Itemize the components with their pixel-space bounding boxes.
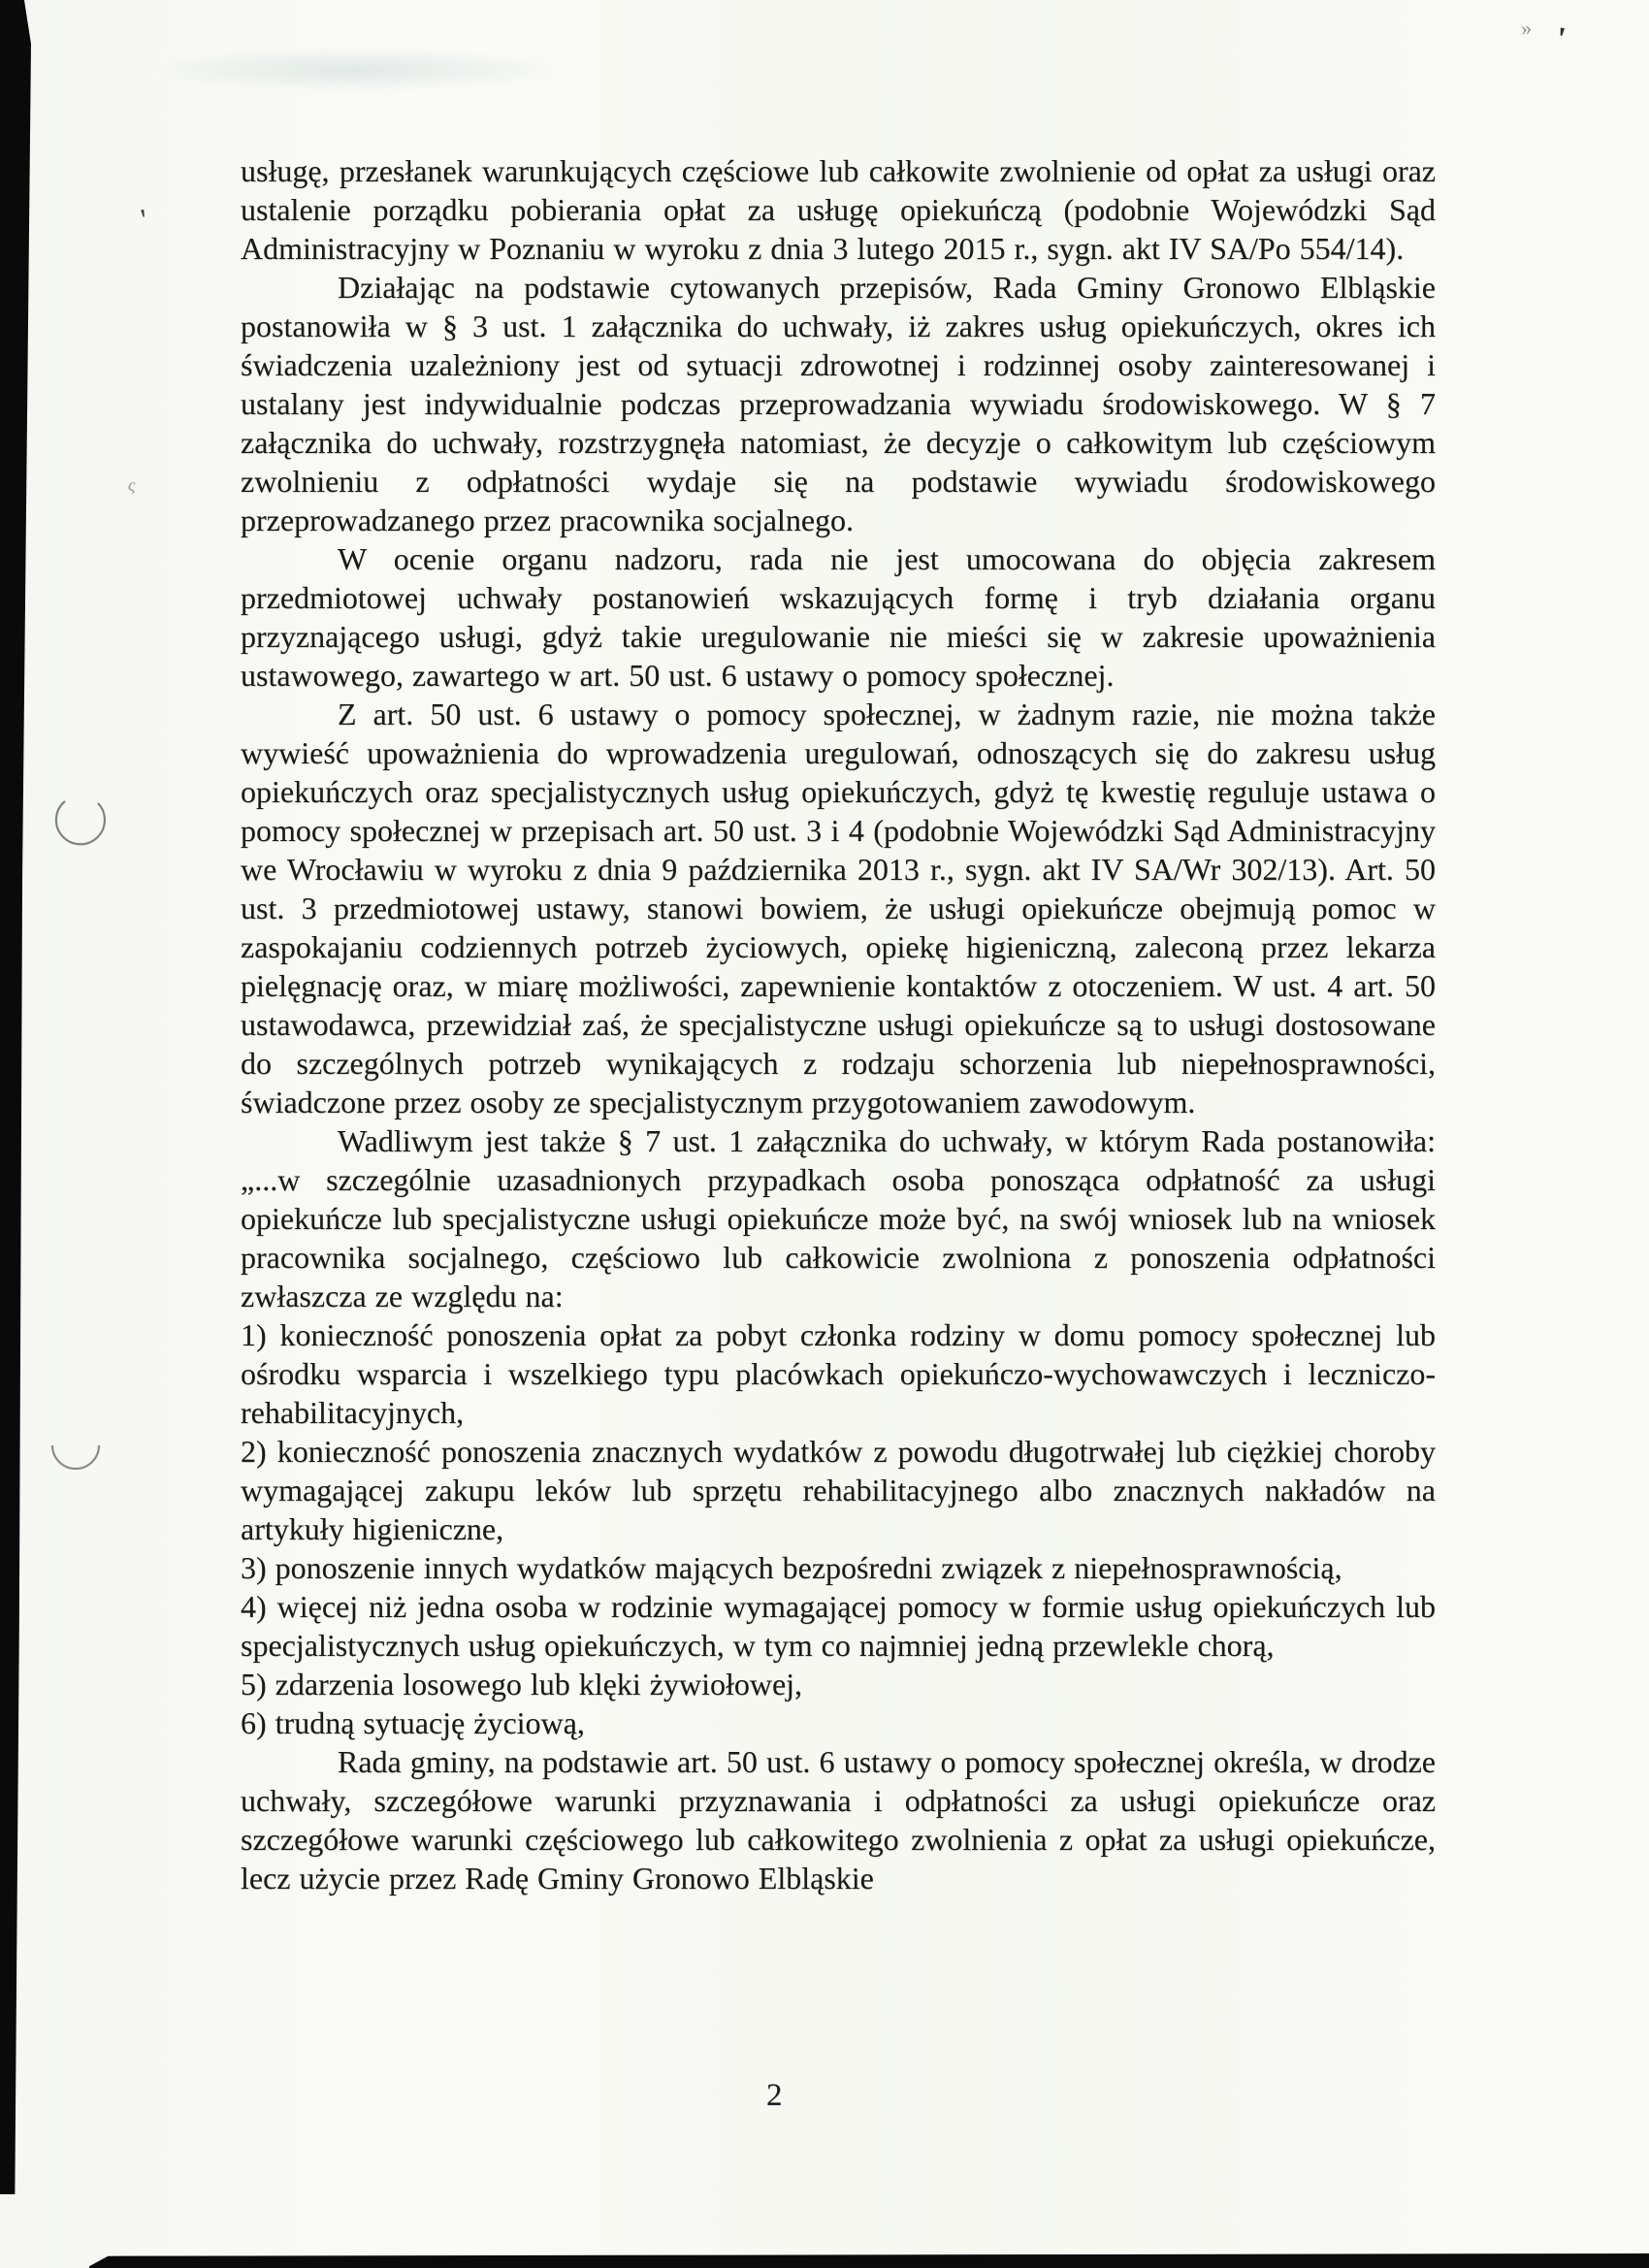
paragraph: Wadliwym jest także § 7 ust. 1 załącznik… (241, 1121, 1436, 1315)
document-body: usługę, przesłanek warunkujących częścio… (241, 151, 1436, 1897)
paragraph: W ocenie organu nadzoru, rada nie jest u… (241, 539, 1436, 695)
list-item-6: 6) trudną sytuację życiową, (241, 1703, 1436, 1742)
scan-edge-left (0, 0, 31, 2194)
paragraph: Rada gminy, na podstawie art. 50 ust. 6 … (241, 1742, 1436, 1897)
punch-hole-top-icon (52, 782, 111, 846)
list-item-4: 4) więcej niż jedna osoba w rodzinie wym… (241, 1587, 1436, 1665)
document-page: » ' ' ς usługę, przesłanek warunkujących… (0, 0, 1649, 2268)
paragraph-continuation: usługę, przesłanek warunkujących częścio… (241, 151, 1436, 268)
page-number: 2 (766, 2078, 783, 2114)
margin-curl-mark: ς (127, 475, 138, 498)
punch-hole-bottom-icon (48, 1434, 103, 1476)
scan-speck-mark: ' (1553, 20, 1568, 58)
list-item-2: 2) konieczność ponoszenia znacznych wyda… (241, 1432, 1436, 1548)
margin-tick-mark: ' (138, 202, 150, 238)
scan-speck-mark: » (1520, 15, 1534, 41)
paragraph: Działając na podstawie cytowanych przepi… (241, 268, 1436, 539)
list-item-3: 3) ponoszenie innych wydatków mających b… (241, 1548, 1436, 1587)
scan-smudge (145, 49, 563, 91)
list-item-5: 5) zdarzenia losowego lub klęki żywiołow… (241, 1665, 1436, 1703)
paragraph: Z art. 50 ust. 6 ustawy o pomocy społecz… (241, 695, 1436, 1121)
scan-edge-bottom (89, 2253, 1649, 2268)
list-item-1: 1) konieczność ponoszenia opłat za pobyt… (241, 1315, 1436, 1432)
